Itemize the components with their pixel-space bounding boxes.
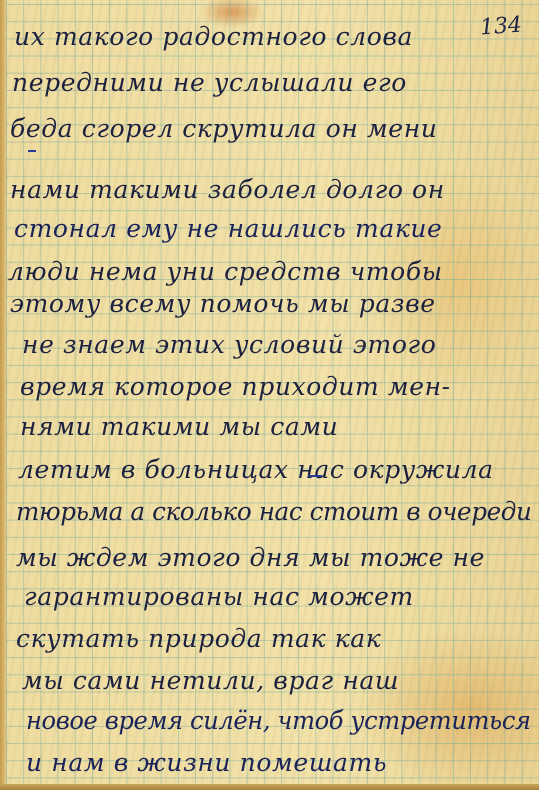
text-line: скутать природа так как (16, 624, 381, 653)
text-line: мы сами нетили, враг наш (22, 666, 399, 695)
text-line: беда сгорел скрутила он мени (10, 114, 437, 143)
underline-mark (28, 150, 36, 152)
text-line: стонал ему не нашлись такие (14, 214, 442, 243)
underline-mark (308, 475, 322, 477)
handwritten-text: их такого радостного слова передними не … (0, 0, 539, 790)
text-line: не знаем этих условий этого (22, 330, 436, 359)
text-line: нями такими мы сами (20, 412, 338, 441)
text-line: летим в больницах нас окружила (18, 455, 494, 484)
page-bottom-edge (0, 784, 539, 790)
text-line: люди нема уни средств чтобы (8, 257, 443, 286)
text-line: этому всему помочь мы разве (10, 289, 436, 318)
notebook-page: 134 их такого радостного слова передними… (0, 0, 539, 790)
text-line: мы ждем этого дня мы тоже не (16, 543, 485, 572)
text-line: передними не услышали его (12, 68, 407, 97)
text-line: их такого радостного слова (14, 22, 413, 51)
text-line: и нам в жизни помешать (26, 748, 387, 777)
text-line: гарантированы нас может (24, 582, 414, 611)
text-line: нами такими заболел долго он (10, 175, 445, 204)
text-line: время которое приходит мен- (20, 372, 451, 401)
text-line: тюрьма а сколько нас стоит в очереди (16, 497, 531, 526)
text-line: новое время силён, чтоб устретиться (26, 706, 531, 735)
